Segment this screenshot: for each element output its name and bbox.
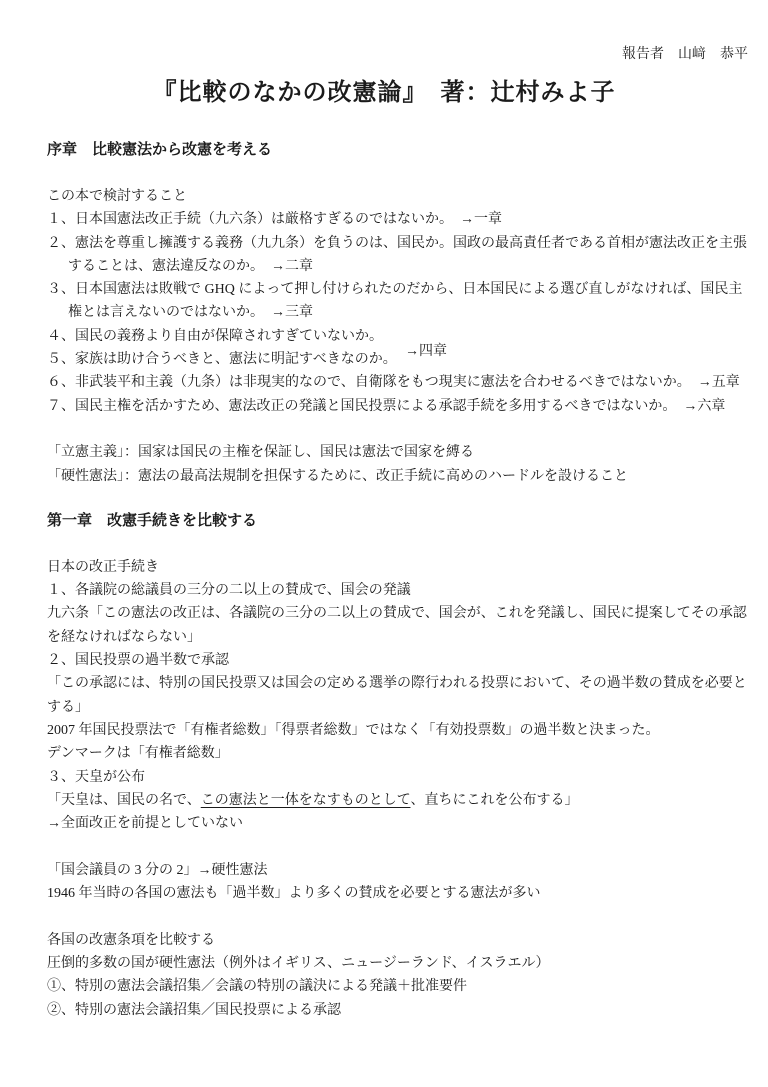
list-item: ２、国民投票の過半数で承認 <box>47 649 720 672</box>
reporter-line: 報告者 山﨑 恭平 <box>0 46 748 63</box>
arrow-note-line: →全面改正を前提としていない <box>47 812 720 835</box>
list-item: ①、特別の憲法会議招集／会議の特別の議決による発議＋批准要件 <box>47 975 720 998</box>
document-page: 報告者 山﨑 恭平 『比較のなかの改憲論』 著：辻村みよ子 序章 比較憲法から改… <box>0 0 768 1087</box>
list-item: ６、非武装平和主義（九条）は非現実的なので、自衛隊をもつ現実に憲法を合わせるべき… <box>47 371 720 394</box>
text-line: 日本の改正手続き <box>47 556 720 579</box>
blank-line <box>47 905 720 928</box>
text-line: この本で検討すること <box>47 185 720 208</box>
list-item: １、各議院の総議員の三分の二以上の賛成で、国会の発議 <box>47 579 720 602</box>
quote-line: 九六条「この憲法の改正は、各議院の三分の二以上の賛成で、国会が、これを発議し、国… <box>47 602 720 625</box>
definition-line: 「立憲主義」：国家は国民の主権を保証し、国民は憲法で国家を縛る <box>47 441 720 464</box>
list-item: ４、国民の義務より自由が保障されすぎていないか。→四章 <box>47 325 720 348</box>
text-line: 圧倒的多数の国が硬性憲法（例外はイギリス、ニュージーランド、イスラエル） <box>47 952 720 975</box>
quote-line-continuation: を経なければならない」 <box>47 626 720 649</box>
text-line: 2007 年国民投票法で「有権者総数」「得票者総数」ではなく「有効投票数」の過半… <box>47 719 720 742</box>
quote-line-continuation: する」 <box>47 696 720 719</box>
list-item: ３、天皇が公布 <box>47 766 720 789</box>
intro-section-body: この本で検討すること １、日本国憲法改正手続（九六条）は厳格すぎるのではないか。… <box>47 185 720 488</box>
section-heading-chapter1: 第一章 改憲手続きを比較する <box>47 512 720 530</box>
blank-line <box>47 835 720 858</box>
list-item-continuation: 権とは言えないのではないか。 →三章 <box>47 301 720 324</box>
quote-line: 「この承認には、特別の国民投票又は国会の定める選挙の際行われる投票において、その… <box>47 672 720 695</box>
list-item: ５、家族は助け合うべきと、憲法に明記すべきなのか。 <box>47 348 720 371</box>
list-item: ②、特別の憲法会議招集／国民投票による承認 <box>47 999 720 1022</box>
definition-line: 「硬性憲法」：憲法の最高法規制を担保するために、改正手続に高めのハードルを設ける… <box>47 465 720 488</box>
list-item: ７、国民主権を活かすため、憲法改正の発議と国民投票による承認手続を多用するべきで… <box>47 395 720 418</box>
text-line: デンマークは「有権者総数」 <box>47 742 720 765</box>
quote-underlined-segment: この憲法と一体をなすものとして <box>201 793 411 808</box>
list-item: ２、憲法を尊重し擁護する義務（九九条）を負うのは、国民か。国政の最高責任者である… <box>47 232 720 255</box>
blank-line <box>47 418 720 441</box>
list-item: １、日本国憲法改正手続（九六条）は厳格すぎるのではないか。 →一章 <box>47 208 720 231</box>
text-line: 「国会議員の 3 分の 2」→硬性憲法 <box>47 859 720 882</box>
list-item-text: ４、国民の義務より自由が保障されすぎていないか。 <box>47 329 383 344</box>
document-title: 『比較のなかの改憲論』 著：辻村みよ子 <box>0 78 768 108</box>
section-heading-intro: 序章 比較憲法から改憲を考える <box>47 141 720 159</box>
list-item: ３、日本国憲法は敗戦で GHQ によって押し付けられたのだから、日本国民による選… <box>47 278 720 301</box>
text-line: 各国の改憲条項を比較する <box>47 929 720 952</box>
quote-pre: 「天皇は、国民の名で、 <box>47 793 201 808</box>
list-item-continuation: することは、憲法違反なのか。 →二章 <box>47 255 720 278</box>
quote-line-with-underline: 「天皇は、国民の名で、この憲法と一体をなすものとして、直ちにこれを公布する」 <box>47 789 720 812</box>
quote-post: 、直ちにこれを公布する」 <box>410 793 578 808</box>
chapter1-section-body: 日本の改正手続き １、各議院の総議員の三分の二以上の賛成で、国会の発議 九六条「… <box>47 556 720 1022</box>
text-line: 1946 年当時の各国の憲法も「過半数」より多くの賛成を必要とする憲法が多い <box>47 882 720 905</box>
